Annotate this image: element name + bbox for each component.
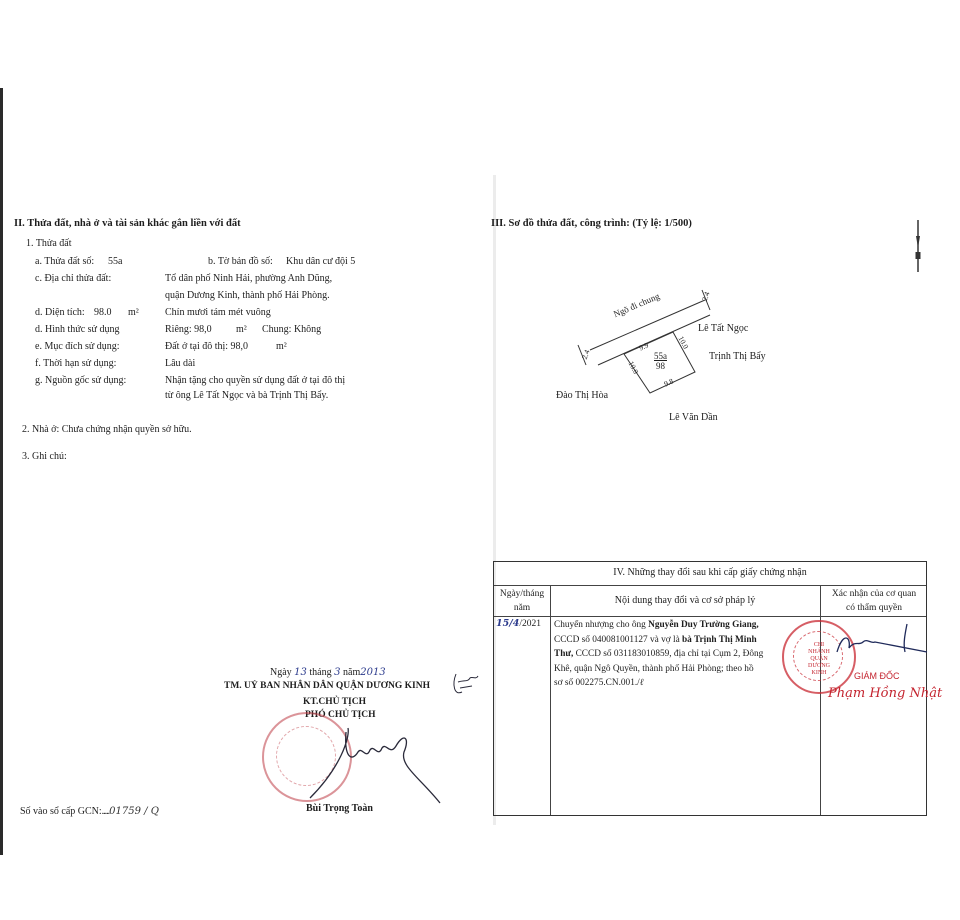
field-b-label: b. Tờ bản đồ số: [208, 256, 273, 267]
field-c-value-2: quận Dương Kinh, thành phố Hải Phòng. [165, 290, 330, 301]
signer-title-1: KT.CHỦ TỊCH [303, 697, 366, 707]
field-e-label: e. Mục đích sử dụng: [35, 341, 120, 352]
table-row-content: Chuyển nhượng cho ông Nguyễn Duy Trường … [554, 618, 816, 691]
north-arrow-icon [912, 218, 924, 274]
neighbor-ne: Lê Tất Ngọc [698, 323, 748, 334]
neighbor-e: Trịnh Thị Bẩy [709, 351, 766, 362]
field-d-unit: m² [128, 307, 139, 318]
field-e-value: Đất ở tại đô thị: 98,0 [165, 341, 248, 352]
field-dd-private: Riêng: 98,0 [165, 324, 212, 335]
issue-year: 2013 [360, 667, 385, 678]
field-a-label: a. Thửa đất số: [35, 256, 94, 267]
section-iii-title: III. Sơ đồ thửa đất, công trình: (Tỷ lệ:… [491, 218, 692, 229]
parcel-id: 55a [654, 351, 667, 361]
table-row-date: 15/4/2021 [496, 618, 541, 629]
table-title: IV. Những thay đổi sau khi cấp giấy chứn… [494, 566, 926, 580]
field-g-value-1: Nhận tặng cho quyền sử dụng đất ở tại đô… [165, 375, 345, 386]
field-d-words: Chín mươi tám mét vuông [165, 307, 271, 318]
field-e-unit: m² [276, 341, 287, 352]
field-dd-unit: m² [236, 324, 247, 335]
issue-day: 13 [294, 667, 307, 678]
confirm-name: Phạm Hồng Nhật [828, 686, 942, 701]
field-f-label: f. Thời hạn sử dụng: [35, 358, 116, 369]
col-header-date: Ngày/tháng năm [494, 587, 550, 615]
field-a-value: 55a [108, 256, 122, 267]
signature-right [829, 622, 929, 662]
scan-edge-border [0, 88, 3, 855]
registry-number: Số vào sổ cấp GCN:.....01759 / Q [20, 806, 159, 817]
confirm-title: GIÁM ĐỐC [854, 671, 900, 681]
item-3-notes: 3. Ghi chú: [22, 451, 67, 462]
field-c-label: c. Địa chỉ thửa đất: [35, 273, 111, 284]
section-ii-title: II. Thửa đất, nhà ở và tài sản khác gắn … [14, 218, 241, 229]
field-c-value-1: Tổ dân phố Ninh Hải, phường Anh Dũng, [165, 273, 332, 284]
signer-name: Bùi Trọng Toàn [306, 803, 373, 814]
field-g-value-2: từ ông Lê Tất Ngọc và bà Trịnh Thị Bẩy. [165, 390, 328, 401]
field-g-label: g. Nguồn gốc sử dụng: [35, 375, 126, 386]
issuing-authority: TM. UỶ BAN NHÂN DÂN QUẬN DƯƠNG KINH [224, 681, 430, 691]
field-f-value: Lâu dài [165, 358, 195, 369]
item-2-house: 2. Nhà ở: Chưa chứng nhận quyền sở hữu. [22, 424, 192, 435]
field-d-label: d. Diện tích: [35, 307, 85, 318]
neighbor-s: Lê Văn Dần [669, 412, 718, 423]
field-dd-label: d. Hình thức sử dụng [35, 324, 119, 335]
field-d-value: 98.0 [94, 307, 112, 318]
initials-left [448, 670, 482, 700]
neighbor-w: Đào Thị Hòa [556, 390, 608, 401]
issue-month: 3 [334, 667, 340, 678]
parcel-area: 98 [656, 361, 665, 371]
changes-table: IV. Những thay đổi sau khi cấp giấy chứn… [493, 561, 927, 816]
col-header-content: Nội dung thay đổi và cơ sở pháp lý [550, 594, 820, 608]
field-b-value: Khu dân cư đội 5 [286, 256, 355, 267]
issue-date: Ngày 13 tháng 3 năm2013 [270, 667, 386, 678]
item-1-title: 1. Thửa đất [26, 238, 72, 249]
signature-left [300, 718, 450, 808]
col-header-confirmation: Xác nhận của cơ quan có thẩm quyền [820, 587, 928, 615]
field-dd-shared: Chung: Không [262, 324, 321, 335]
